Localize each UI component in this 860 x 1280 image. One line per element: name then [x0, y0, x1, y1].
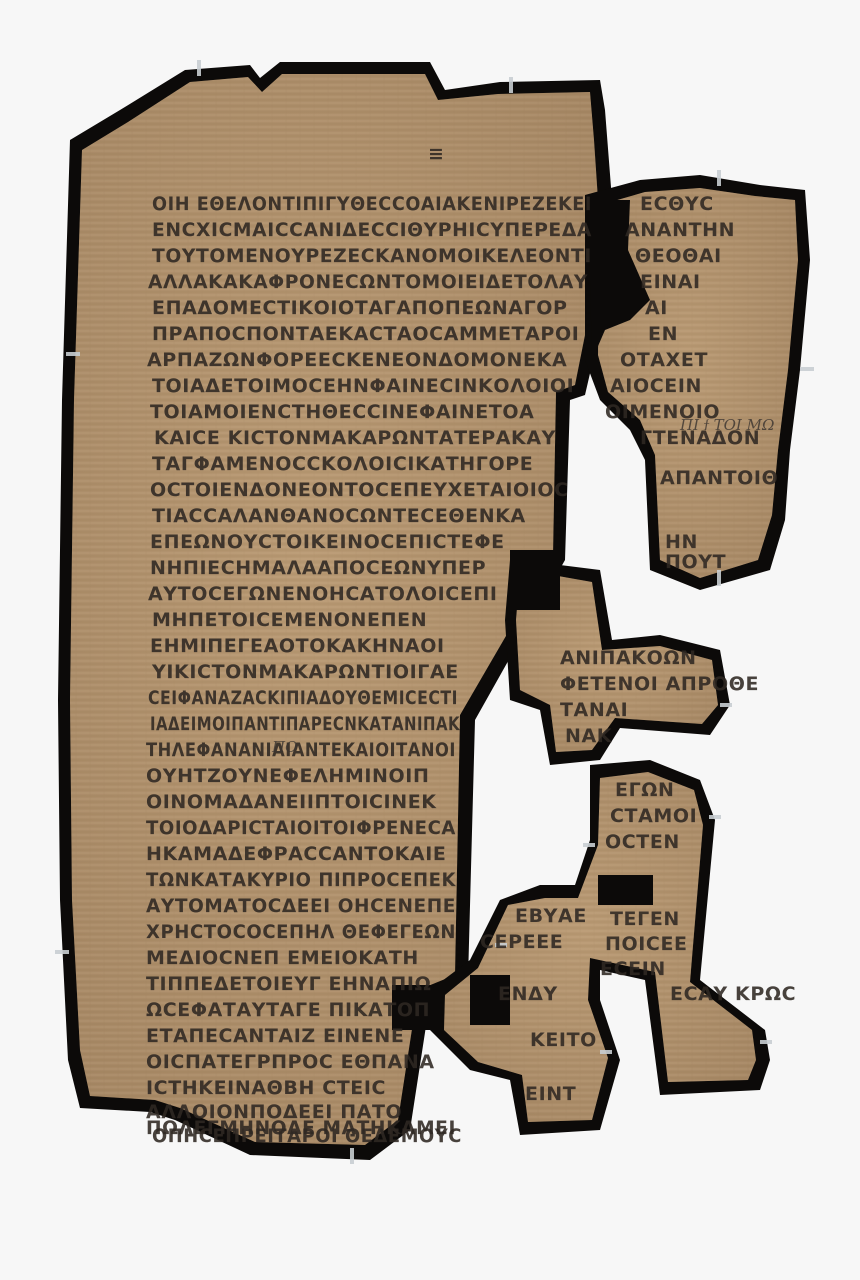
text-line: ΩCΕΦΑΤΑΥΤΑΓΕ ΠΙΚΑΤΟΠ: [146, 999, 430, 1021]
text-line: ΤΟΙΑΜΟΙΕΝCΤΗΘΕCCΙΝΕΦΑΙΝΕΤΟΑ: [150, 401, 535, 423]
text-line: ΟΙΗ ΕΘΕΛΟΝΤΙΠΙΓΥΘΕCCΟΑΙΑΚΕΝΙΡΕΖΕΚΕΙ: [152, 193, 592, 215]
text-line: CΤΑΜΟΙ: [610, 805, 697, 827]
text-line: ΕΝΔΥ: [498, 983, 558, 1005]
text-line: ΙΑΔΕΙΜΟΙΠΑΝΤΙΠΑΡΕCΝΚΑΤΑΝΙΠΑΚ: [150, 713, 461, 735]
text-line: ΑΡΠΑΖΩΝΦΟΡΕΕCΚΕΝΕΟΝΔΟΜΟΝΕΚΑ: [147, 349, 567, 371]
text-line: ΤΙΑCCΑΛΑΝΘΑΝΟCΩΝΤΕCΕΘΕΝΚΑ: [152, 505, 526, 527]
text-line: ΟCΤΟΙΕΝΔΟΝΕΟΝΤΟCΕΠΕΥΧΕΤΑΙΟΙΟC: [150, 479, 569, 501]
text-line: ΤΙΠΠΕΔΕΤΟΙΕΥΓ ΕΗΝΑΠΙΩ: [146, 973, 431, 995]
papyrus-photo: ΟΙΗ ΕΘΕΛΟΝΤΙΠΙΓΥΘΕCCΟΑΙΑΚΕΝΙΡΕΖΕΚΕΙ ΕΝCΧ…: [0, 0, 860, 1280]
text-line: ΤΑΝΑΙ: [560, 699, 628, 721]
text-line: ΠΟΥΤ: [665, 551, 726, 573]
text-line: ΠΟΙCΕΕ: [605, 933, 688, 955]
text-line: ΑΛΛΑΚΑΚΑΦΡΟΝΕCΩΝΤΟΜΟΙΕΙΔΕΤΟΛΑΥ: [148, 271, 588, 293]
text-line: ΑΝΑΝΤΗΝ: [625, 219, 735, 241]
papyrus-svg: ΟΙΗ ΕΘΕΛΟΝΤΙΠΙΓΥΘΕCCΟΑΙΑΚΕΝΙΡΕΖΕΚΕΙ ΕΝCΧ…: [0, 0, 860, 1280]
text-line: ΕΙΝΤ: [525, 1083, 576, 1105]
text-line: ΥΙΚΙCΤΟΝΜΑΚΑΡΩΝΤΙΟΙΓΑΕ: [151, 661, 459, 683]
text-line: ΕΗΜΙΠΕΓΕΑΟΤΟΚΑΚΗΝΑΟΙ: [150, 635, 445, 657]
text-line: ΤΩΝΚΑΤΑΚΥΡΙΟ ΠΙΠΡΟCΕΠΕΚ: [146, 869, 457, 891]
text-line: ΤΗΛΕΦΑΝΑΝΙΑΙΑΝΤΕΚΑΙΟΙΤΑΝΟΙ: [146, 739, 456, 761]
text-line: CΕΡΕΕΕ: [480, 931, 563, 953]
text-line: ΑΠΑΝΤΟΙΘ: [660, 467, 778, 489]
text-line: ΤΟΥΤΟΜΕΝΟΥΡΕΖΕCΚΑΝΟΜΟΙΚΕΛΕΟΝΤΙ: [152, 245, 592, 267]
text-line: ΦΕΤΕΝΟΙ ΑΠΡΟΘΕ: [560, 673, 759, 695]
text-line: ΗΝ: [665, 531, 698, 553]
text-line: ΜΗΠΕΤΟΙCΕΜΕΝΟΝΕΠΕΝ: [152, 609, 427, 631]
text-line: ΟΤΑΧΕΤ: [620, 349, 708, 371]
text-line: ΕCΑΥ ΚΡΩC: [670, 983, 796, 1005]
text-line: ΟΙCΠΑΤΕΓΡΠΡΟC ΕΘΠΑΝΑ: [146, 1051, 435, 1073]
stroke-mark: ≡: [428, 143, 445, 165]
text-line: ΤΟΙΟΔΑΡΙCΤΑΙΟΙΤΟΙΦΡΕΝΕCΑ: [146, 817, 456, 839]
text-line: ΑΥΤΟΜΑΤΟCΔΕΕΙ ΟΗCΕΝΕΠΕ: [146, 895, 456, 917]
text-line: ΧΡΗCΤΟCΟCΕΠΗΛ ΘΕΦΕΓΕΩΝ: [146, 921, 456, 943]
text-line: ΕΙΝΑΙ: [640, 271, 701, 293]
text-line: ΗΚΑΜΑΔΕΦΡΑCCΑΝΤΟΚΑΙΕ: [146, 843, 447, 865]
text-line: ΕCΕΙΝ: [600, 958, 666, 980]
text-line: ΕΝ: [648, 323, 678, 345]
text-line: ΚΑΙCΕ ΚΙCΤΟΝΜΑΚΑΡΩΝΤΑΤΕΡΑΚΑΥ: [154, 427, 556, 449]
text-line: ΝΑΚ: [565, 725, 613, 747]
marginal-note: ΠΙ ϯ ΤΟΙ ΜΩ: [679, 416, 774, 434]
text-line: ΟCΤΕΝ: [605, 831, 680, 853]
text-line: ΝΗΠΙΕCΗΜΑΛΑΑΠΟCΕΩΝΥΠΕΡ: [150, 557, 486, 579]
text-line: ΤΑΓΦΑΜΕΝΟCCΚΟΛΟΙCΙΚΑΤΗΓΟΡΕ: [152, 453, 533, 475]
text-line: ΑΙΟCΕΙΝ: [610, 375, 702, 397]
text-line: ΑΝΙΠΑΚΟΩΝ: [560, 647, 697, 669]
text-line: ΤΟΙΑΔΕΤΟΙΜΟCΕΗΝΦΑΙΝΕCΙΝΚΟΛΟΙΟΙ: [152, 375, 574, 397]
text-line: ΑΥΤΟCΕΓΩΝΕΝΟΗCΑΤΟΛΟΙCΕΠΙ: [148, 583, 498, 605]
text-line: ΕΠΑΔΟΜΕCΤΙΚΟΙΟΤΑΓΑΠΟΠΕΩΝΑΓΟΡ: [152, 297, 568, 319]
text-line: ΟΙΝΟΜΑΔΑΝΕΙΙΠΤΟΙCΙΝΕΚ: [146, 791, 437, 813]
text-line: ΕΒΥΑΕ: [515, 905, 587, 927]
text-line: ΘΕΟΘΑΙ: [635, 245, 722, 267]
text-line: ΙCΤΗΚΕΙΝΑΘΒΗ CΤΕΙC: [146, 1077, 386, 1099]
text-line: ΚΕΙΤΟ: [530, 1029, 597, 1051]
text-line: ΑΙ: [645, 297, 668, 319]
text-line: ΟΠΗCΕΠΡΕΙΤΑΡΟΙ ΘΕΔΕΜΟΥC: [152, 1125, 462, 1147]
text-line: ΤΕΓΕΝ: [610, 908, 680, 930]
text-line: ΜΕΔΙΟCΝΕΠ ΕΜΕΙΟΚΑΤΗ: [146, 947, 419, 969]
text-line: CΕΙΦΑΝΑΖΑCΚΙΠΙΑΔΟΥΘΕΜΙCΕCΤΙ: [148, 687, 458, 709]
text-line: ΕCΘΥC: [640, 193, 714, 215]
text-line: ΕΠΕΩΝΟΥCΤΟΙΚΕΙΝΟCΕΠΙCΤΕΦΕ: [150, 531, 505, 553]
numeral-mark: ΠΟ: [271, 738, 297, 756]
text-line: ΟΥΗΤΖΟΥΝΕΦΕΛΗΜΙΝΟΙΠ: [146, 765, 429, 787]
text-line: ΠΡΑΠΟCΠΟΝΤΑΕΚΑCΤΑΟCΑΜΜΕΤΑΡΟΙ: [152, 323, 579, 345]
text-line: ΕΝCΧΙCΜΑΙCCΑΝΙΔΕCCΙΘΥΡΗΙCΥΠΕΡΕΔΑ: [152, 219, 592, 241]
text-line: ΕΓΩΝ: [615, 779, 675, 801]
text-line: ΕΤΑΠΕCΑΝΤΑΙΖ ΕΙΝΕΝΕ: [146, 1025, 404, 1047]
